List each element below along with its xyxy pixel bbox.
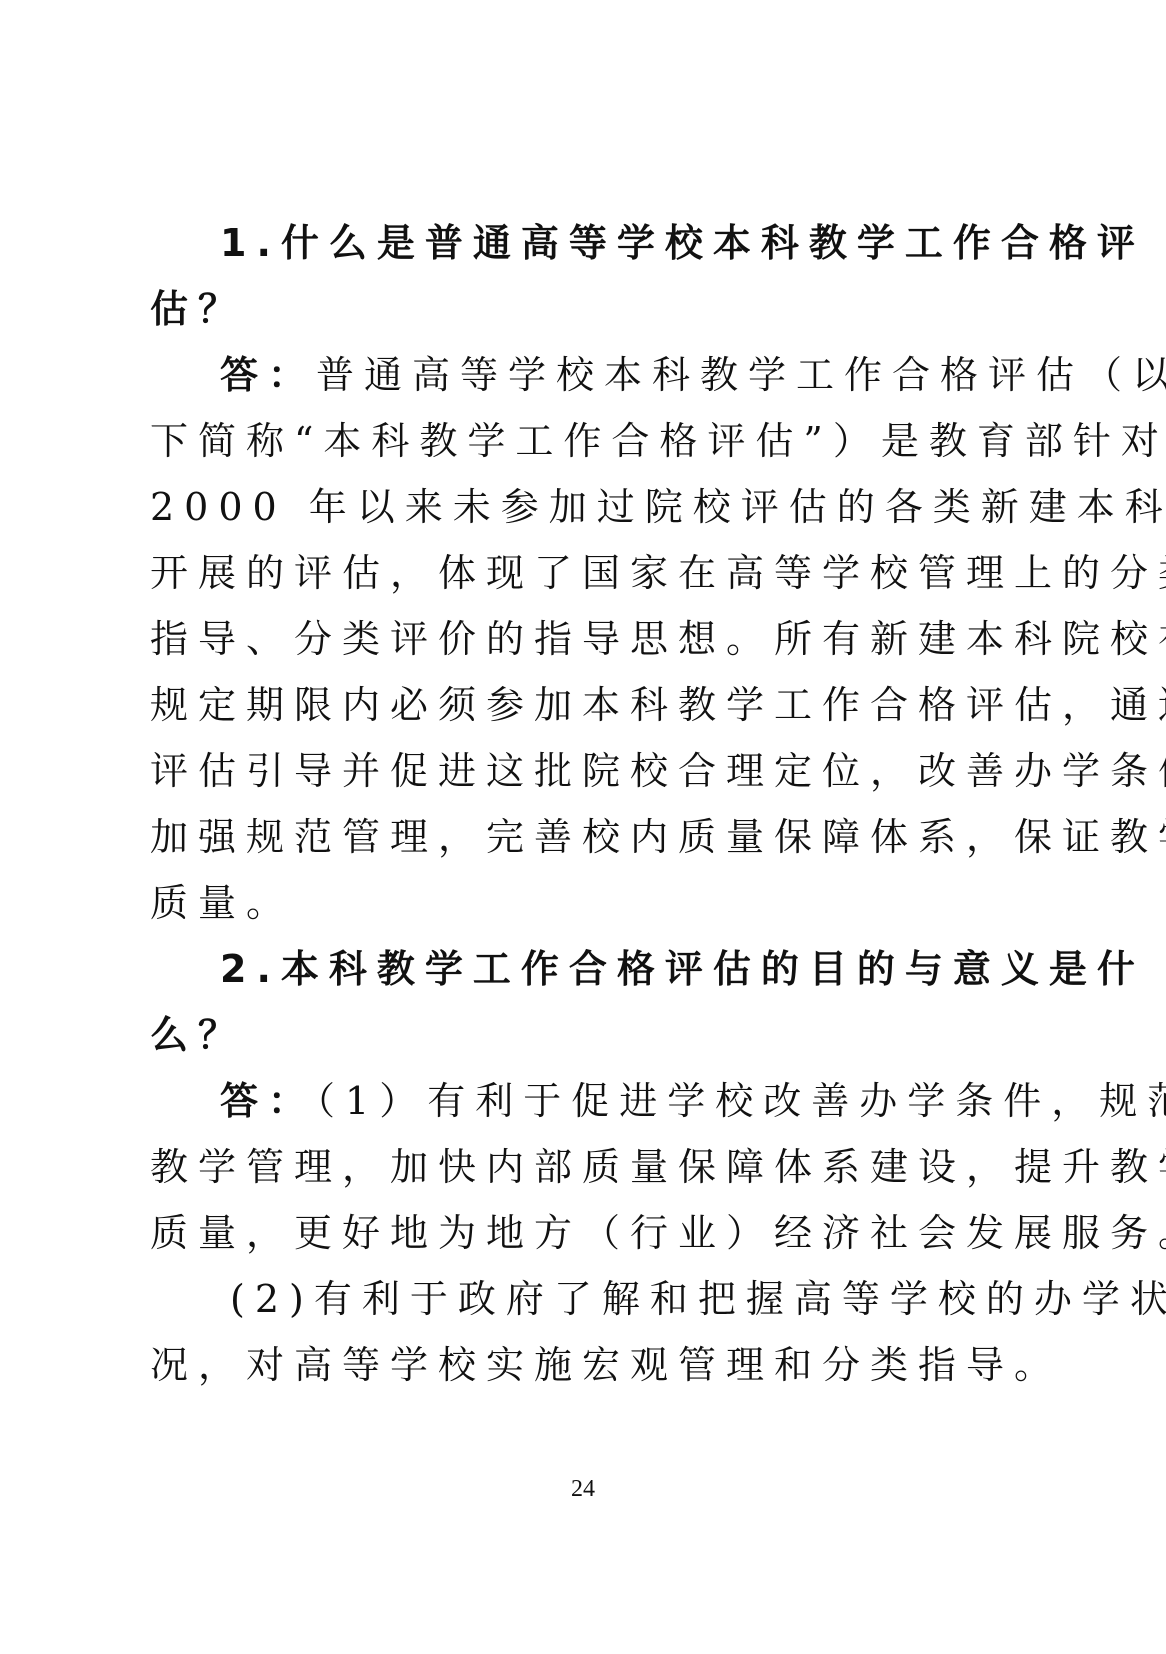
answer-text: （1）有利于促进学校改善办学条件，规范 [316, 1079, 1166, 1123]
answer-line: 质量，更好地为地方（行业）经济社会发展服务。 [150, 1200, 1010, 1266]
answer-line: 质量。 [150, 870, 1010, 936]
section-2-answer-first-line: 答：（1）有利于促进学校改善办学条件，规范 [150, 1068, 1010, 1134]
answer-line: 加强规范管理，完善校内质量保障体系，保证教学 [150, 804, 1010, 870]
section-1-heading-cont: 估？ [150, 276, 1010, 342]
answer-line: 开展的评估，体现了国家在高等学校管理上的分类 [150, 540, 1010, 606]
answer-text: 普通高等学校本科教学工作合格评估（以 [316, 353, 1166, 397]
answer-line: 指导、分类评价的指导思想。所有新建本科院校在 [150, 606, 1010, 672]
answer-point-2: (2)有利于政府了解和把握高等学校的办学状 [150, 1266, 1010, 1332]
section-2-heading: 2.本科教学工作合格评估的目的与意义是什 [150, 936, 1010, 1002]
answer-lead: 答： [220, 353, 316, 397]
answer-line: 2000 年以来未参加过院校评估的各类新建本科院校 [150, 474, 1010, 540]
answer-line: 况，对高等学校实施宏观管理和分类指导。 [150, 1332, 1010, 1398]
answer-line: 规定期限内必须参加本科教学工作合格评估，通过 [150, 672, 1010, 738]
answer-line: 教学管理，加快内部质量保障体系建设，提升教学 [150, 1134, 1010, 1200]
section-1-heading: 1.什么是普通高等学校本科教学工作合格评 [150, 210, 1010, 276]
section-1: 1.什么是普通高等学校本科教学工作合格评 估？ 答：普通高等学校本科教学工作合格… [150, 210, 1010, 936]
section-1-answer-first-line: 答：普通高等学校本科教学工作合格评估（以 [150, 342, 1010, 408]
document-page: 1.什么是普通高等学校本科教学工作合格评 估？ 答：普通高等学校本科教学工作合格… [150, 210, 1010, 1398]
section-2-heading-cont: 么？ [150, 1002, 1010, 1068]
section-2: 2.本科教学工作合格评估的目的与意义是什 么？ 答：（1）有利于促进学校改善办学… [150, 936, 1010, 1398]
answer-line: 评估引导并促进这批院校合理定位，改善办学条件， [150, 738, 1010, 804]
answer-lead: 答： [220, 1079, 316, 1123]
answer-line: 下简称“本科教学工作合格评估”）是教育部针对 [150, 408, 1010, 474]
page-number: 24 [0, 1476, 1166, 1503]
